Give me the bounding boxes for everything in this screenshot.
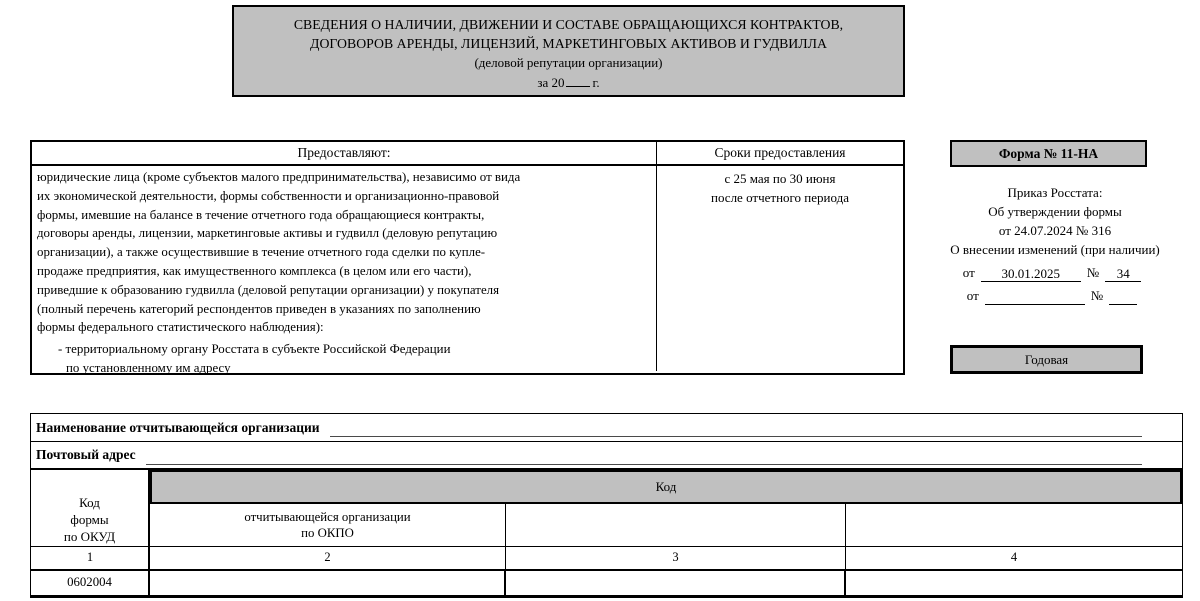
providers-line: формы федерального статистического наблю… xyxy=(37,318,650,337)
amendment1-number-field[interactable]: 34 xyxy=(1105,266,1141,282)
column-number-row-right: 2 3 4 xyxy=(150,546,1182,569)
okpo-code-cell[interactable] xyxy=(150,571,506,595)
providers-table-body: юридические лица (кроме субъектов малого… xyxy=(32,166,903,371)
amendment1-date-field[interactable]: 30.01.2025 xyxy=(981,266,1081,282)
providers-description: юридические лица (кроме субъектов малого… xyxy=(32,166,657,371)
number-label: № xyxy=(1091,286,1103,305)
code-col3-cell[interactable] xyxy=(506,571,846,595)
org-address-label: Почтовый адрес xyxy=(36,447,136,463)
amendment2-date-field[interactable] xyxy=(985,304,1085,305)
column-number-4: 4 xyxy=(846,547,1182,569)
code-table-right: Код отчитывающейся организации по ОКПО 2… xyxy=(150,470,1182,569)
report-year-line: за 20г. xyxy=(234,73,903,93)
deadline-header-cell: Сроки предоставления xyxy=(657,142,903,164)
deadline-line-2: после отчетного периода xyxy=(657,188,903,207)
providers-line: договоры аренды, лицензии, маркетинговые… xyxy=(37,224,650,243)
recipient-line-2: по установленному им адресу xyxy=(37,359,650,378)
okud-header-line-3: по ОКУД xyxy=(64,528,115,545)
okud-header-line-1: Код xyxy=(64,494,115,511)
order-date-number: от 24.07.2024 № 316 xyxy=(930,221,1180,240)
providers-table-header: Предоставляют: Сроки предоставления xyxy=(32,142,903,166)
providers-line: продаже предприятия, как имущественного … xyxy=(37,262,650,281)
code-subheader-row: отчитывающейся организации по ОКПО xyxy=(150,504,1182,546)
periodicity-box: Годовая xyxy=(950,345,1143,374)
rosstat-order-block: Приказ Росстата: Об утверждении формы от… xyxy=(930,183,1180,305)
form-title-line-1: СВЕДЕНИЯ О НАЛИЧИИ, ДВИЖЕНИИ И СОСТАВЕ О… xyxy=(234,15,903,34)
org-address-row: Почтовый адрес xyxy=(31,442,1182,470)
code-table-top: Код формы по ОКУД Код отчитывающейся орг… xyxy=(31,470,1182,569)
amendments-label: О внесении изменений (при наличии) xyxy=(930,240,1180,259)
providers-line: формы, имевшие на балансе в течение отче… xyxy=(37,206,650,225)
code-col3-header-cell xyxy=(506,504,846,546)
providers-header-cell: Предоставляют: xyxy=(32,142,657,164)
year-suffix: г. xyxy=(593,75,600,90)
column-number-3: 3 xyxy=(506,547,846,569)
number-label: № xyxy=(1087,263,1099,282)
form-page: СВЕДЕНИЯ О НАЛИЧИИ, ДВИЖЕНИИ И СОСТАВЕ О… xyxy=(0,0,1200,601)
code-col4-cell[interactable] xyxy=(846,571,1182,595)
deadline-cell: с 25 мая по 30 июня после отчетного пери… xyxy=(657,166,903,371)
code-group-header: Код xyxy=(150,470,1182,504)
form-number-box: Форма № 11-НА xyxy=(950,140,1147,167)
org-address-field[interactable] xyxy=(146,446,1142,465)
form-title-box: СВЕДЕНИЯ О НАЛИЧИИ, ДВИЖЕНИИ И СОСТАВЕ О… xyxy=(232,5,905,97)
year-prefix: за 20 xyxy=(537,75,564,90)
year-blank-field[interactable] xyxy=(566,74,590,87)
amendment2-number-field[interactable] xyxy=(1109,304,1137,305)
from-label: от xyxy=(963,263,975,282)
org-name-label: Наименование отчитывающейся организации xyxy=(36,420,320,436)
org-name-field[interactable] xyxy=(330,418,1142,437)
from-label: от xyxy=(967,286,979,305)
providers-line: юридические лица (кроме субъектов малого… xyxy=(37,168,650,187)
providers-line: приведшие к образованию гудвилла (делово… xyxy=(37,281,650,300)
okpo-header-cell: отчитывающейся организации по ОКПО xyxy=(150,504,506,546)
org-name-row: Наименование отчитывающейся организации xyxy=(31,414,1182,442)
column-number-1: 1 xyxy=(31,546,150,569)
organization-section: Наименование отчитывающейся организации … xyxy=(30,413,1183,598)
okpo-header-line-2: по ОКПО xyxy=(301,525,354,541)
okpo-header-line-1: отчитывающейся организации xyxy=(244,509,410,525)
code-values-row: 0602004 xyxy=(31,569,1182,595)
providers-line: организации), а также осуществившие в те… xyxy=(37,243,650,262)
amendment-row-1: от 30.01.2025 № 34 xyxy=(930,263,1180,282)
column-number-2: 2 xyxy=(150,547,506,569)
providers-line: (полный перечень категорий респондентов … xyxy=(37,300,650,319)
okud-header-line-2: формы xyxy=(64,511,115,528)
deadline-line-1: с 25 мая по 30 июня xyxy=(657,169,903,188)
order-approval-line: Об утверждении формы xyxy=(930,202,1180,221)
providers-line: их экономической деятельности, формы соб… xyxy=(37,187,650,206)
recipient-line-1: - территориальному органу Росстата в суб… xyxy=(37,340,650,359)
providers-table: Предоставляют: Сроки предоставления юрид… xyxy=(30,140,905,375)
code-col4-header-cell xyxy=(846,504,1182,546)
form-title-subtitle: (деловой репутации организации) xyxy=(234,53,903,72)
amendment-row-2: от № xyxy=(930,286,1180,305)
okud-code-cell: 0602004 xyxy=(31,571,150,595)
order-title: Приказ Росстата: xyxy=(930,183,1180,202)
form-title-line-2: ДОГОВОРОВ АРЕНДЫ, ЛИЦЕНЗИЙ, МАРКЕТИНГОВЫ… xyxy=(234,34,903,53)
